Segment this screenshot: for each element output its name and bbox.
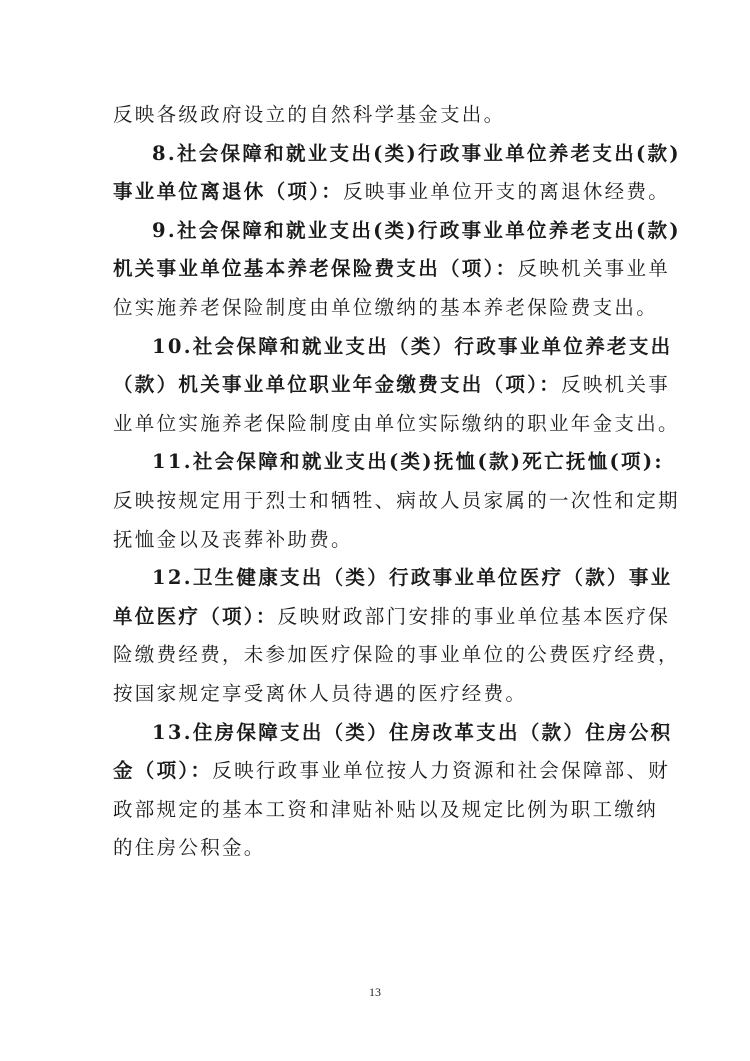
item-description: 抚恤金以及丧葬补助费。: [113, 528, 353, 551]
text-line: 12.卫生健康支出（类）行政事业单位医疗（款）事业: [113, 559, 637, 598]
item-heading: 机关事业单位基本养老保险费支出（项）：: [113, 257, 517, 280]
text-line: 金（项）：反映行政事业单位按人力资源和社会保障部、财: [113, 752, 637, 791]
text-line: 反映各级政府设立的自然科学基金支出。: [113, 96, 637, 135]
text-line: 机关事业单位基本养老保险费支出（项）：反映机关事业单: [113, 250, 637, 289]
item-heading: 12.卫生健康支出（类）行政事业单位医疗（款）事业: [152, 566, 672, 589]
item-heading: 9.社会保障和就业支出(类)行政事业单位养老支出(款): [152, 219, 681, 242]
text-line: 的住房公积金。: [113, 829, 637, 868]
text-line: 9.社会保障和就业支出(类)行政事业单位养老支出(款): [113, 212, 637, 251]
item-heading: 金（项）：: [113, 759, 212, 782]
text-line: 13.住房保障支出（类）住房改革支出（款）住房公积: [113, 714, 637, 753]
text-line: 政部规定的基本工资和津贴补贴以及规定比例为职工缴纳: [113, 791, 637, 830]
item-description: 政部规定的基本工资和津贴补贴以及规定比例为职工缴纳: [113, 798, 658, 821]
item-description: 业单位实施养老保险制度由单位实际缴纳的职业年金支出。: [113, 412, 680, 435]
item-description: 按国家规定享受离休人员待遇的医疗经费。: [113, 682, 527, 705]
text-line: （款）机关事业单位职业年金缴费支出（项）：反映机关事: [113, 366, 637, 405]
item-heading: 8.社会保障和就业支出(类)行政事业单位养老支出(款): [152, 142, 681, 165]
item-description: 的住房公积金。: [113, 836, 266, 859]
item-description: 险缴费经费，未参加医疗保险的事业单位的公费医疗经费，: [113, 643, 680, 666]
item-heading: 13.住房保障支出（类）住房改革支出（款）住房公积: [152, 721, 672, 744]
text-line: 8.社会保障和就业支出(类)行政事业单位养老支出(款): [113, 135, 637, 174]
item-heading: 10.社会保障和就业支出（类）行政事业单位养老支出: [152, 335, 672, 358]
text-line: 11.社会保障和就业支出(类)抚恤(款)死亡抚恤(项):: [113, 443, 637, 482]
item-description: 反映各级政府设立的自然科学基金支出。: [113, 103, 505, 126]
item-description: 反映事业单位开支的离退休经费。: [343, 180, 670, 203]
text-line: 抚恤金以及丧葬补助费。: [113, 521, 637, 560]
text-line: 位实施养老保险制度由单位缴纳的基本养老保险费支出。: [113, 289, 637, 328]
item-description: 反映行政事业单位按人力资源和社会保障部、财: [212, 759, 670, 782]
item-description: 位实施养老保险制度由单位缴纳的基本养老保险费支出。: [113, 296, 658, 319]
text-line: 事业单位离退休（项）：反映事业单位开支的离退休经费。: [113, 173, 637, 212]
item-heading: 11.社会保障和就业支出(类)抚恤(款)死亡抚恤(项):: [152, 450, 664, 473]
item-description: 反映机关事业单: [517, 257, 670, 280]
text-line: 险缴费经费，未参加医疗保险的事业单位的公费医疗经费，: [113, 636, 637, 675]
item-heading: 事业单位离退休（项）：: [113, 180, 343, 203]
text-line: 反映按规定用于烈士和牺牲、病故人员家属的一次性和定期: [113, 482, 637, 521]
item-heading: （款）机关事业单位职业年金缴费支出（项）：: [113, 373, 561, 396]
text-line: 单位医疗（项）：反映财政部门安排的事业单位基本医疗保: [113, 598, 637, 637]
document-body: 反映各级政府设立的自然科学基金支出。8.社会保障和就业支出(类)行政事业单位养老…: [113, 96, 637, 868]
item-heading: 单位医疗（项）：: [113, 605, 278, 628]
text-line: 业单位实施养老保险制度由单位实际缴纳的职业年金支出。: [113, 405, 637, 444]
item-description: 反映按规定用于烈士和牺牲、病故人员家属的一次性和定期: [113, 489, 680, 512]
item-description: 反映财政部门安排的事业单位基本医疗保: [278, 605, 670, 628]
page-number: 13: [0, 985, 750, 1000]
item-description: 反映机关事: [561, 373, 670, 396]
text-line: 10.社会保障和就业支出（类）行政事业单位养老支出: [113, 328, 637, 367]
text-line: 按国家规定享受离休人员待遇的医疗经费。: [113, 675, 637, 714]
